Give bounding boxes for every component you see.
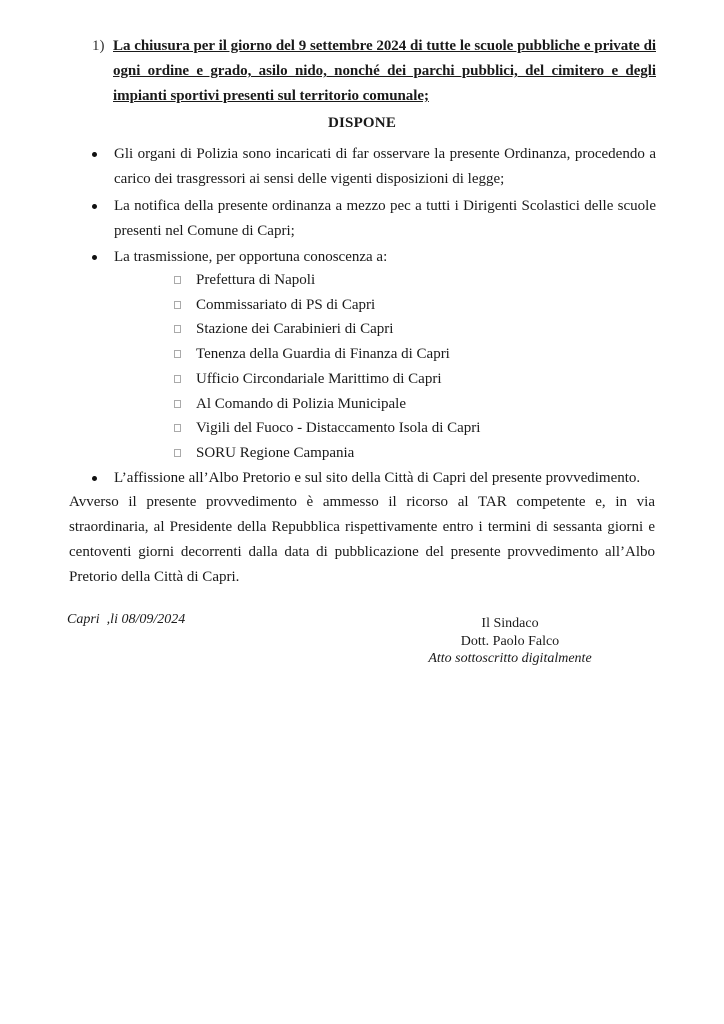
recipient-item: Ufficio Circondariale Marittimo di Capri: [172, 367, 480, 392]
bullet-text: L’affissione all’Albo Pretorio e sul sit…: [114, 466, 672, 491]
recipient-label: Tenenza della Guardia di Finanza di Capr…: [196, 346, 450, 362]
signature-block: Il Sindaco Dott. Paolo Falco Atto sottos…: [400, 615, 620, 668]
recipient-label: Commissariato di PS di Capri: [196, 297, 375, 313]
recipient-label: Ufficio Circondariale Marittimo di Capri: [196, 371, 442, 387]
item-number: 1): [92, 34, 105, 59]
bullet-icon: [92, 152, 97, 157]
bullet-text: Gli organi di Polizia sono incaricati di…: [114, 142, 656, 192]
section-heading: DISPONE: [0, 115, 724, 132]
checkbox-square-icon: [174, 301, 181, 309]
list-item: La trasmissione, per opportuna conoscenz…: [92, 245, 656, 270]
checkbox-square-icon: [174, 424, 181, 432]
item-text: La chiusura per il giorno del 9 settembr…: [113, 34, 656, 109]
appeal-paragraph: Avverso il presente provvedimento è amme…: [69, 490, 655, 590]
place-date: Capri ,li 08/09/2024: [67, 612, 185, 628]
signature-role: Il Sindaco: [400, 615, 620, 633]
recipient-label: SORU Regione Campania: [196, 445, 354, 461]
checkbox-square-icon: [174, 350, 181, 358]
checkbox-square-icon: [174, 325, 181, 333]
recipient-label: Prefettura di Napoli: [196, 272, 315, 288]
checkbox-square-icon: [174, 449, 181, 457]
recipient-label: Vigili del Fuoco - Distaccamento Isola d…: [196, 420, 480, 436]
recipient-item: Stazione dei Carabinieri di Capri: [172, 317, 480, 342]
bullet-text: La notifica della presente ordinanza a m…: [114, 194, 656, 244]
checkbox-square-icon: [174, 375, 181, 383]
list-item: Gli organi di Polizia sono incaricati di…: [92, 142, 656, 192]
checkbox-square-icon: [174, 400, 181, 408]
recipient-item: Vigili del Fuoco - Distaccamento Isola d…: [172, 416, 480, 441]
recipients-list: Prefettura di Napoli Commissariato di PS…: [172, 268, 480, 466]
list-item: L’affissione all’Albo Pretorio e sul sit…: [92, 466, 672, 491]
bullet-text: La trasmissione, per opportuna conoscenz…: [114, 245, 656, 270]
bullet-icon: [92, 476, 97, 481]
bullet-icon: [92, 255, 97, 260]
recipient-item: SORU Regione Campania: [172, 441, 480, 466]
recipient-item: Prefettura di Napoli: [172, 268, 480, 293]
recipient-label: Stazione dei Carabinieri di Capri: [196, 321, 393, 337]
checkbox-square-icon: [174, 276, 181, 284]
final-bullet: L’affissione all’Albo Pretorio e sul sit…: [92, 466, 672, 491]
recipient-item: Al Comando di Polizia Municipale: [172, 392, 480, 417]
document-page: 1) La chiusura per il giorno del 9 sette…: [0, 0, 724, 1024]
recipient-item: Commissariato di PS di Capri: [172, 293, 480, 318]
numbered-item-1: 1) La chiusura per il giorno del 9 sette…: [92, 34, 656, 109]
bullet-icon: [92, 204, 97, 209]
recipient-item: Tenenza della Guardia di Finanza di Capr…: [172, 342, 480, 367]
dispositions-list: Gli organi di Polizia sono incaricati di…: [92, 142, 656, 270]
signature-name: Dott. Paolo Falco: [400, 633, 620, 651]
signature-note: Atto sottoscritto digitalmente: [400, 650, 620, 668]
list-item: La notifica della presente ordinanza a m…: [92, 194, 656, 244]
recipient-label: Al Comando di Polizia Municipale: [196, 396, 406, 412]
